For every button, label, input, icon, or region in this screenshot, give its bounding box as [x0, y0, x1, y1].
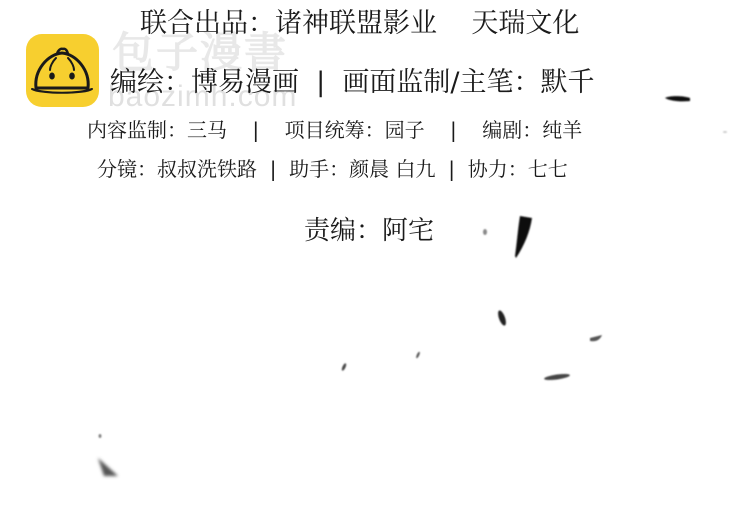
credit-editor: 责编：阿宅: [304, 218, 434, 244]
credit-storyboard-assistants: 分镜：叔叔洗铁路 | 助手：颜晨 白九 | 协力：七七: [97, 159, 568, 179]
credit-content-project-writer: 内容监制：三马 | 项目统筹：园子 | 编剧：纯羊: [87, 120, 582, 140]
credit-artist-supervisor: 编绘：博易漫画 | 画面监制/主笔：默千: [110, 69, 595, 96]
credit-joint-production: 联合出品：诸神联盟影业 天瑞文化: [140, 10, 579, 37]
